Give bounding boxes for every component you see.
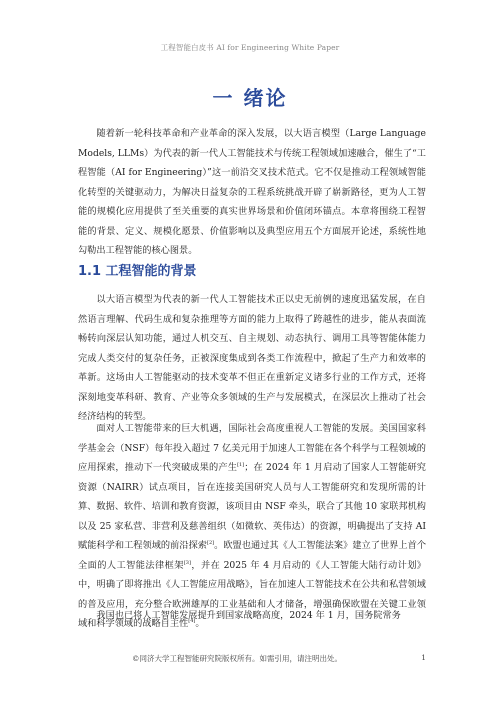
chapter-title: 一 绪论 <box>0 82 500 111</box>
paragraph-text: 面对人工智能带来的巨大机遇，国际社会高度重视人工智能的发展。美国国家科学基金会（… <box>78 419 426 634</box>
section-title: 1.1 工程智能的背景 <box>78 260 197 279</box>
copyright-notice: ©同济大学工程智能研究院版权所有。如需引用，请注明出处。 <box>132 653 342 664</box>
page-number: 1 <box>421 653 426 662</box>
text-segment: ；在 2024 年 1 月启动了国家人工智能研究资源（NAIRR）试点项目，旨在… <box>78 462 426 551</box>
chapter-intro: 随着新一轮科技革命和产业革命的深入发展，以大语言模型（Large Languag… <box>78 124 426 261</box>
intro-paragraph: 随着新一轮科技革命和产业革命的深入发展，以大语言模型（Large Languag… <box>78 124 426 261</box>
paragraph-text: 我国也已将人工智能发展提升到国家战略高度，2024 年 1 月，国务院常务 <box>78 606 426 626</box>
citation-ref-3[interactable]: [3] <box>184 559 191 565</box>
section-paragraph-3: 我国也已将人工智能发展提升到国家战略高度，2024 年 1 月，国务院常务 <box>78 606 426 626</box>
paragraph-text: 以大语言模型为代表的新一代人工智能技术正以史无前例的速度迅猛发展，在自然语言理解… <box>78 290 426 427</box>
section-paragraph-1: 以大语言模型为代表的新一代人工智能技术正以史无前例的速度迅猛发展，在自然语言理解… <box>78 290 426 427</box>
running-header: 工程智能白皮书 AI for Engineering White Paper <box>0 42 500 53</box>
section-paragraph-2: 面对人工智能带来的巨大机遇，国际社会高度重视人工智能的发展。美国国家科学基金会（… <box>78 419 426 634</box>
